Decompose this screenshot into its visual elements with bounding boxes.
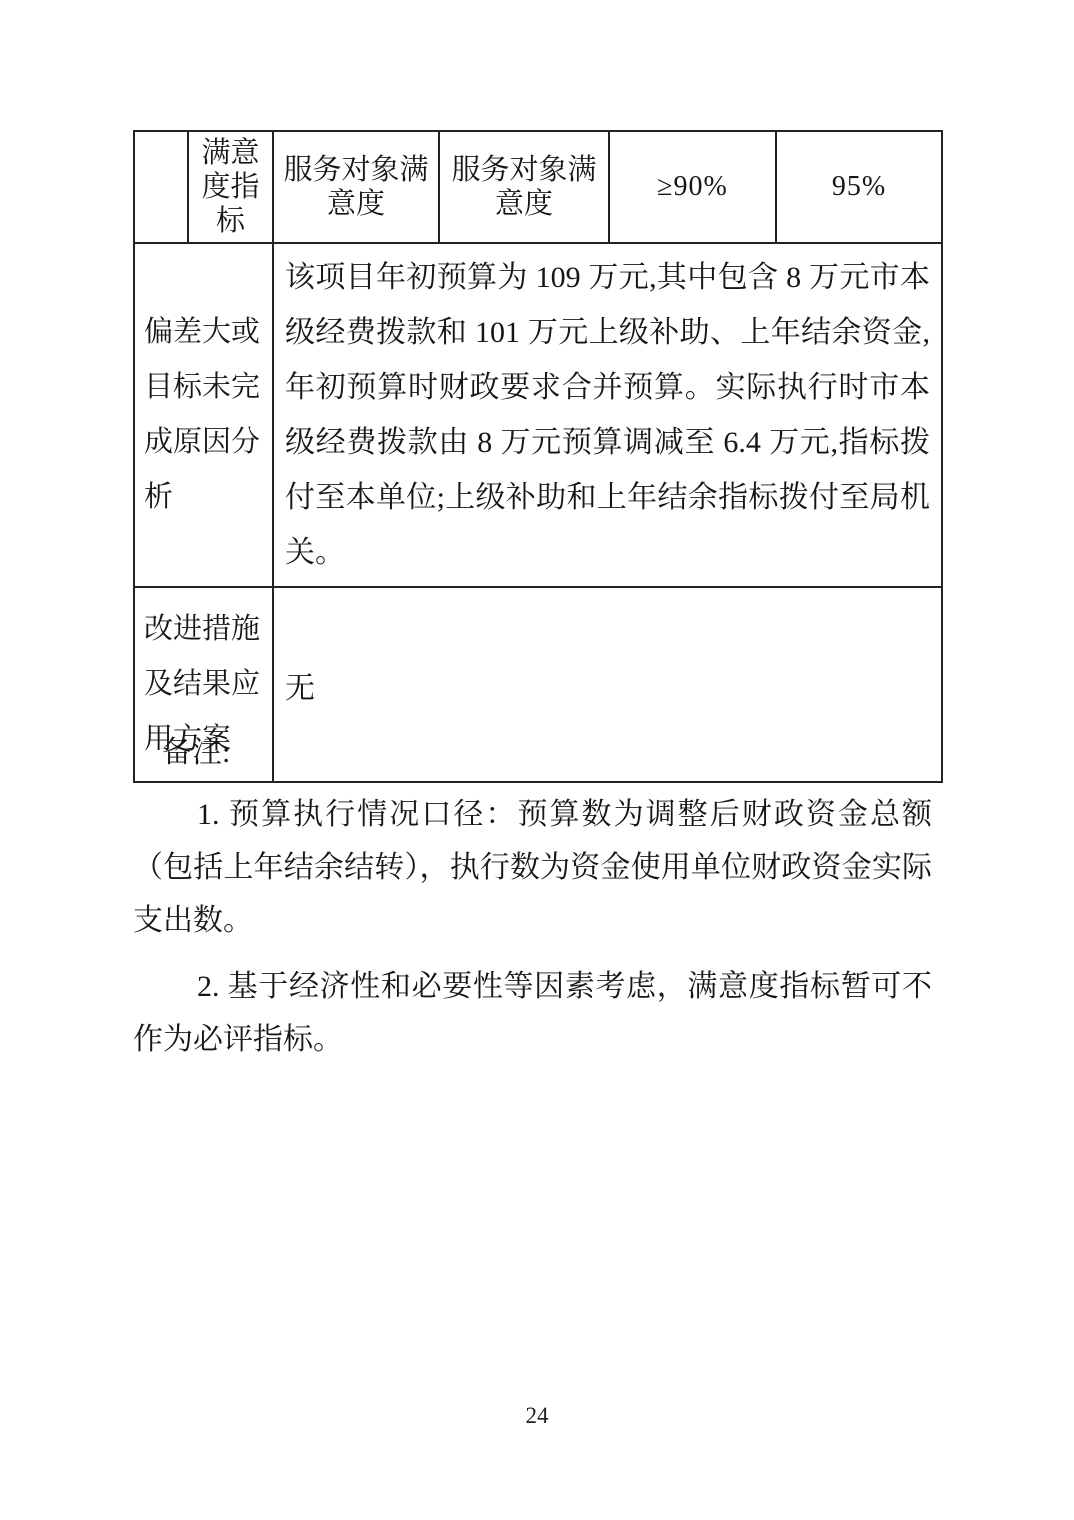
table-row: 偏差大或目标未完成原因分析 该项目年初预算为 109 万元,其中包含 8 万元市… xyxy=(134,243,942,587)
actual-value-cell: 95% xyxy=(776,131,942,243)
note-item-1: 1. 预算执行情况口径：预算数为调整后财政资金总额（包括上年结余结转），执行数为… xyxy=(133,788,932,947)
document-page: 满意度指标 服务对象满意度 服务对象满意度 ≥90% 95% 偏差大或目标未完成… xyxy=(0,0,1074,1520)
target-value-cell: ≥90% xyxy=(609,131,776,243)
indicator-name-cell: 服务对象满意度 xyxy=(273,131,439,243)
note-item-2: 2. 基于经济性和必要性等因素考虑，满意度指标暂可不作为必评指标。 xyxy=(133,960,932,1066)
spacer-cell xyxy=(134,131,188,243)
performance-evaluation-table: 满意度指标 服务对象满意度 服务对象满意度 ≥90% 95% 偏差大或目标未完成… xyxy=(133,130,943,783)
satisfaction-indicator-label-cell: 满意度指标 xyxy=(188,131,273,243)
indicator-detail-cell: 服务对象满意度 xyxy=(439,131,609,243)
notes-title: 备注: xyxy=(133,733,932,773)
page-number: 24 xyxy=(0,1403,1074,1429)
deviation-analysis-content-cell: 该项目年初预算为 109 万元,其中包含 8 万元市本级经费拨款和 101 万元… xyxy=(273,243,942,587)
deviation-analysis-label-cell: 偏差大或目标未完成原因分析 xyxy=(134,243,273,587)
notes-section: 备注: 1. 预算执行情况口径：预算数为调整后财政资金总额（包括上年结余结转），… xyxy=(133,733,932,1066)
table-row: 满意度指标 服务对象满意度 服务对象满意度 ≥90% 95% xyxy=(134,131,942,243)
